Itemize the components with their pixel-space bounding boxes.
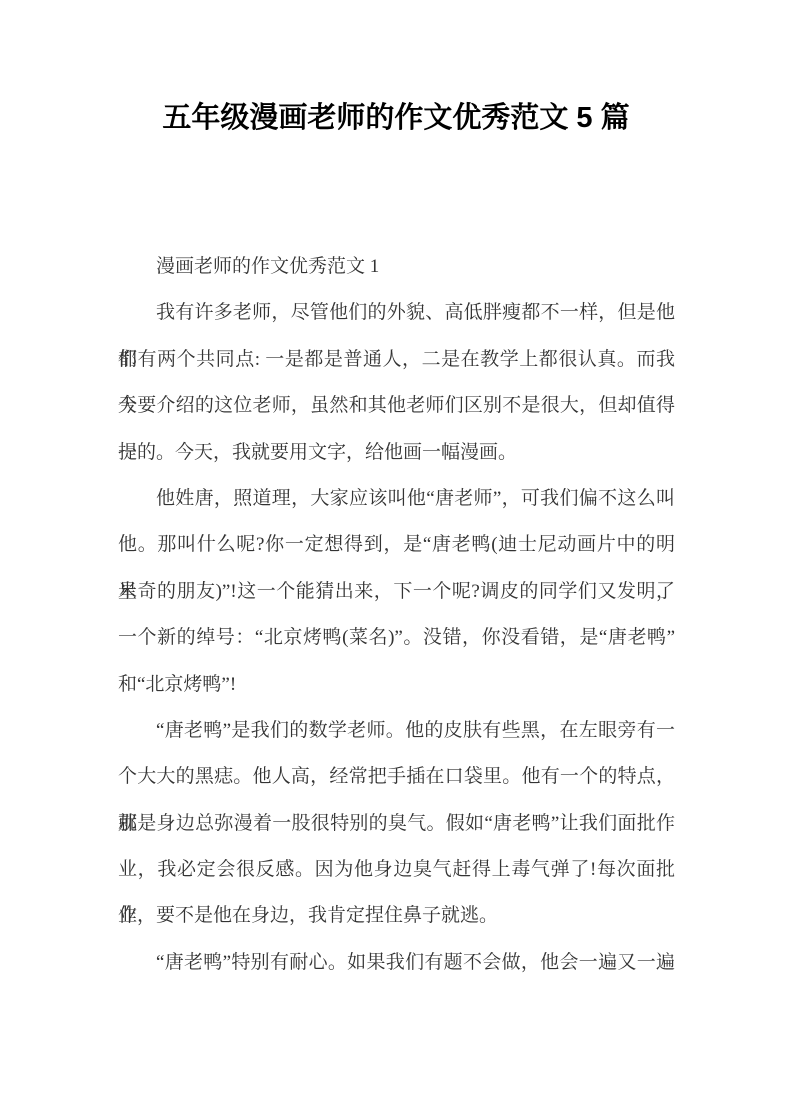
- text-line: “唐老鸭”是我们的数学老师。他的皮肤有些黑，在左眼旁有一: [118, 708, 675, 754]
- text-line: 我有许多老师，尽管他们的外貌、高低胖瘦都不一样，但是他们: [118, 290, 675, 336]
- text-line: 一个新的绰号：“北京烤鸭(菜名)”。没错，你没看错，是“唐老鸭”: [118, 615, 675, 661]
- document-page: 五年级漫画老师的作文优秀范文 5 篇 漫画老师的作文优秀范文 1我有许多老师，尽…: [0, 0, 792, 1120]
- text-line: 米奇的朋友)”!这一个能猜出来，下一个呢?调皮的同学们又发明了: [118, 569, 675, 615]
- body-paragraph: “唐老鸭”是我们的数学老师。他的皮肤有些黑，在左眼旁有一个大大的黑痣。他人高，经…: [118, 708, 675, 940]
- body-paragraph: 他姓唐，照道理，大家应该叫他“唐老师”，可我们偏不这么叫他。那叫什么呢?你一定想…: [118, 476, 675, 708]
- text-line: 都有两个共同点: 一是都是普通人，二是在教学上都很认真。而我今: [118, 337, 675, 383]
- text-line: 业，要不是他在身边，我肯定捏住鼻子就逃。: [118, 893, 675, 939]
- text-line: 就是身边总弥漫着一股很特别的臭气。假如“唐老鸭”让我们面批作: [118, 801, 675, 847]
- text-line: 和“北京烤鸭”!: [118, 662, 675, 708]
- body-paragraph: “唐老鸭”特别有耐心。如果我们有题不会做，他会一遍又一遍: [118, 940, 675, 986]
- text-line: “唐老鸭”特别有耐心。如果我们有题不会做，他会一遍又一遍: [118, 940, 675, 986]
- text-line: 他。那叫什么呢?你一定想得到，是“唐老鸭(迪士尼动画片中的明星，: [118, 522, 675, 568]
- text-line: 天要介绍的这位老师，虽然和其他老师们区别不是很大，但却值得一: [118, 383, 675, 429]
- document-body: 漫画老师的作文优秀范文 1我有许多老师，尽管他们的外貌、高低胖瘦都不一样，但是他…: [118, 244, 675, 986]
- text-line: 业，我必定会很反感。因为他身边臭气赶得上毒气弹了!每次面批作: [118, 847, 675, 893]
- text-line: 他姓唐，照道理，大家应该叫他“唐老师”，可我们偏不这么叫: [118, 476, 675, 522]
- text-line: 个大大的黑痣。他人高，经常把手插在口袋里。他有一个的特点，那: [118, 754, 675, 800]
- text-line: 漫画老师的作文优秀范文 1: [118, 244, 675, 290]
- text-line: 提的。今天，我就要用文字，给他画一幅漫画。: [118, 430, 675, 476]
- page-title: 五年级漫画老师的作文优秀范文 5 篇: [0, 98, 792, 138]
- section-heading: 漫画老师的作文优秀范文 1: [118, 244, 675, 290]
- body-paragraph: 我有许多老师，尽管他们的外貌、高低胖瘦都不一样，但是他们都有两个共同点: 一是都…: [118, 290, 675, 476]
